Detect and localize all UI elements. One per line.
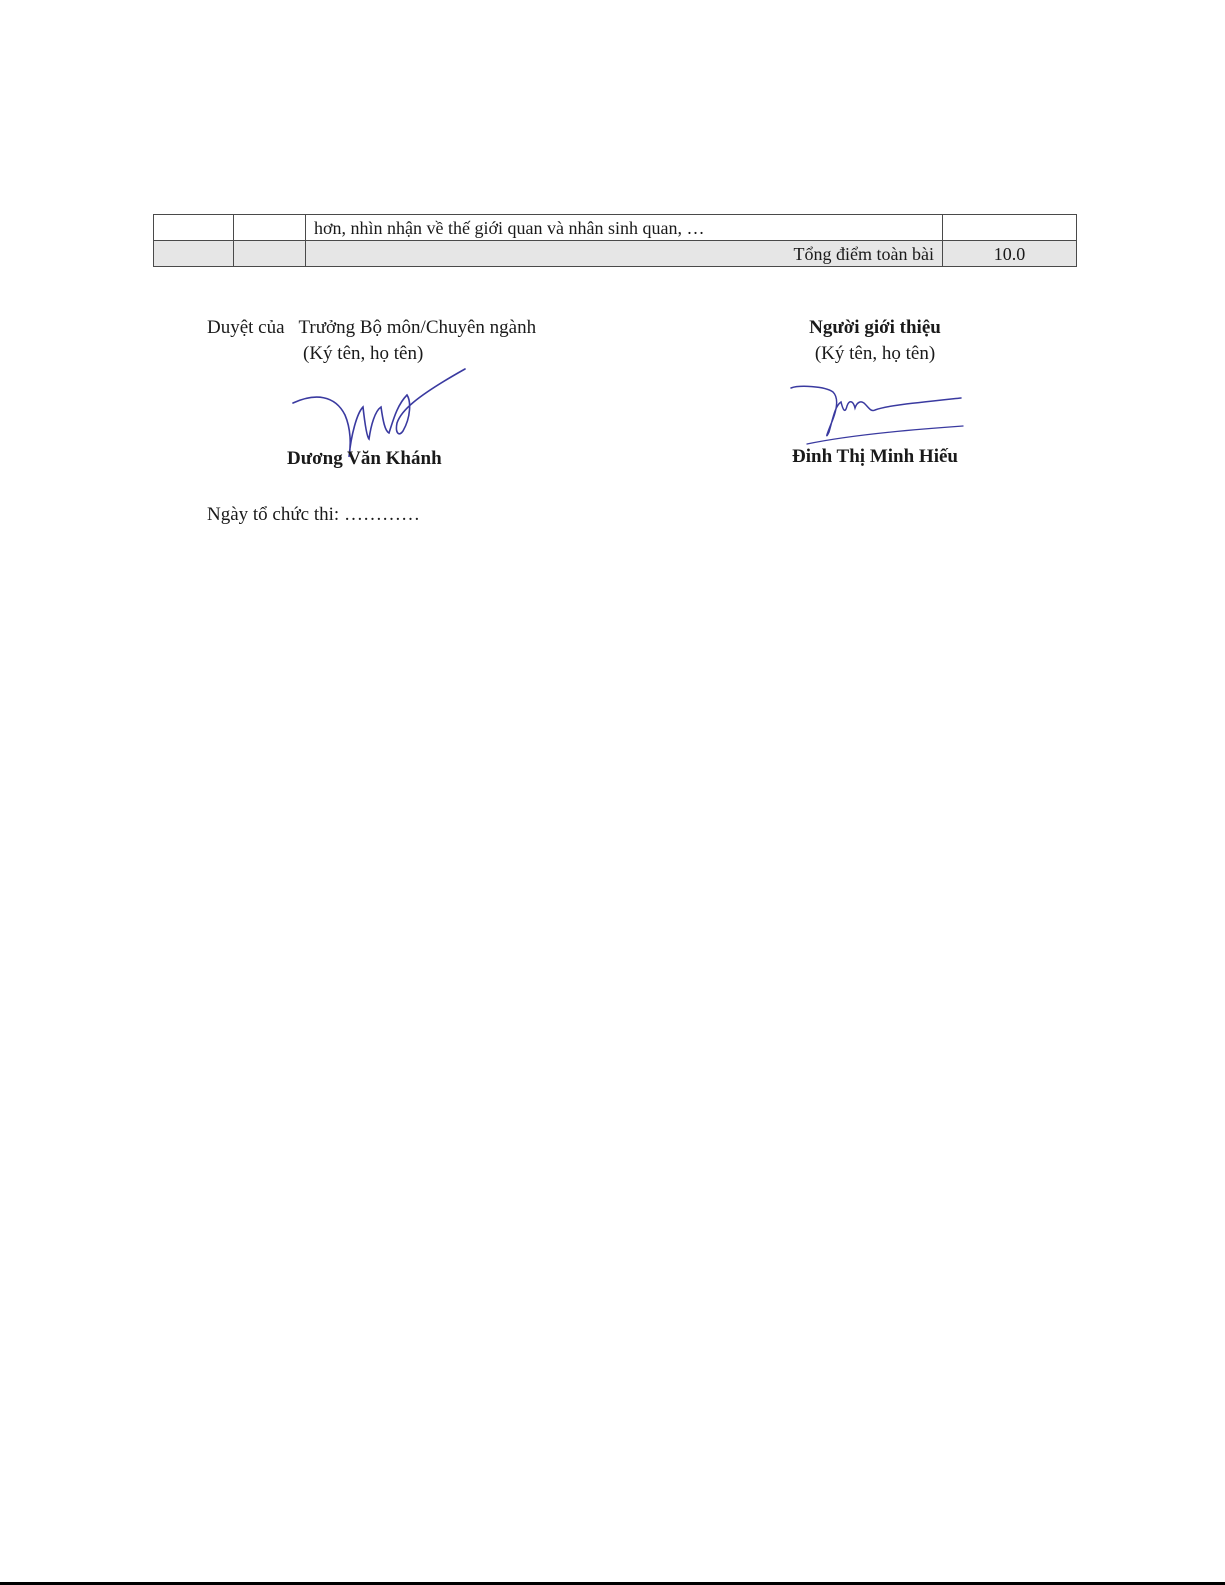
introducer-block: Người giới thiệu (Ký tên, họ tên)	[760, 315, 990, 367]
exam-date-label: Ngày tổ chức thi:	[207, 504, 339, 525]
approval-title: Duyệt của Trưởng Bộ môn/Chuyên ngành	[207, 317, 536, 338]
introducer-instruction: (Ký tên, họ tên)	[760, 341, 990, 367]
exam-date: Ngày tổ chức thi: …………	[207, 504, 420, 526]
total-row: Tổng điểm toàn bài 10.0	[154, 241, 1077, 267]
table-cell-empty	[154, 241, 234, 267]
approval-block: Duyệt của Trưởng Bộ môn/Chuyên ngành (Ký…	[207, 315, 627, 367]
table-cell-empty	[234, 241, 306, 267]
introducer-signature	[785, 380, 965, 450]
approval-title-role: Trưởng Bộ môn/Chuyên ngành	[298, 317, 536, 338]
grading-table: hơn, nhìn nhận về thế giới quan và nhân …	[153, 214, 1077, 267]
approval-signer-name: Dương Văn Khánh	[287, 448, 442, 470]
total-score: 10.0	[943, 241, 1077, 267]
table-cell-sub	[234, 215, 306, 241]
table-cell-index	[154, 215, 234, 241]
total-label: Tổng điểm toàn bài	[306, 241, 943, 267]
approval-title-prefix: Duyệt của	[207, 317, 285, 338]
table-row: hơn, nhìn nhận về thế giới quan và nhân …	[154, 215, 1077, 241]
introducer-title: Người giới thiệu	[760, 315, 990, 341]
table-cell-score	[943, 215, 1077, 241]
introducer-signer-name: Đinh Thị Minh Hiếu	[760, 446, 990, 468]
table-cell-content: hơn, nhìn nhận về thế giới quan và nhân …	[306, 215, 943, 241]
exam-date-value: …………	[344, 504, 420, 525]
approval-instruction: (Ký tên, họ tên)	[207, 341, 627, 367]
